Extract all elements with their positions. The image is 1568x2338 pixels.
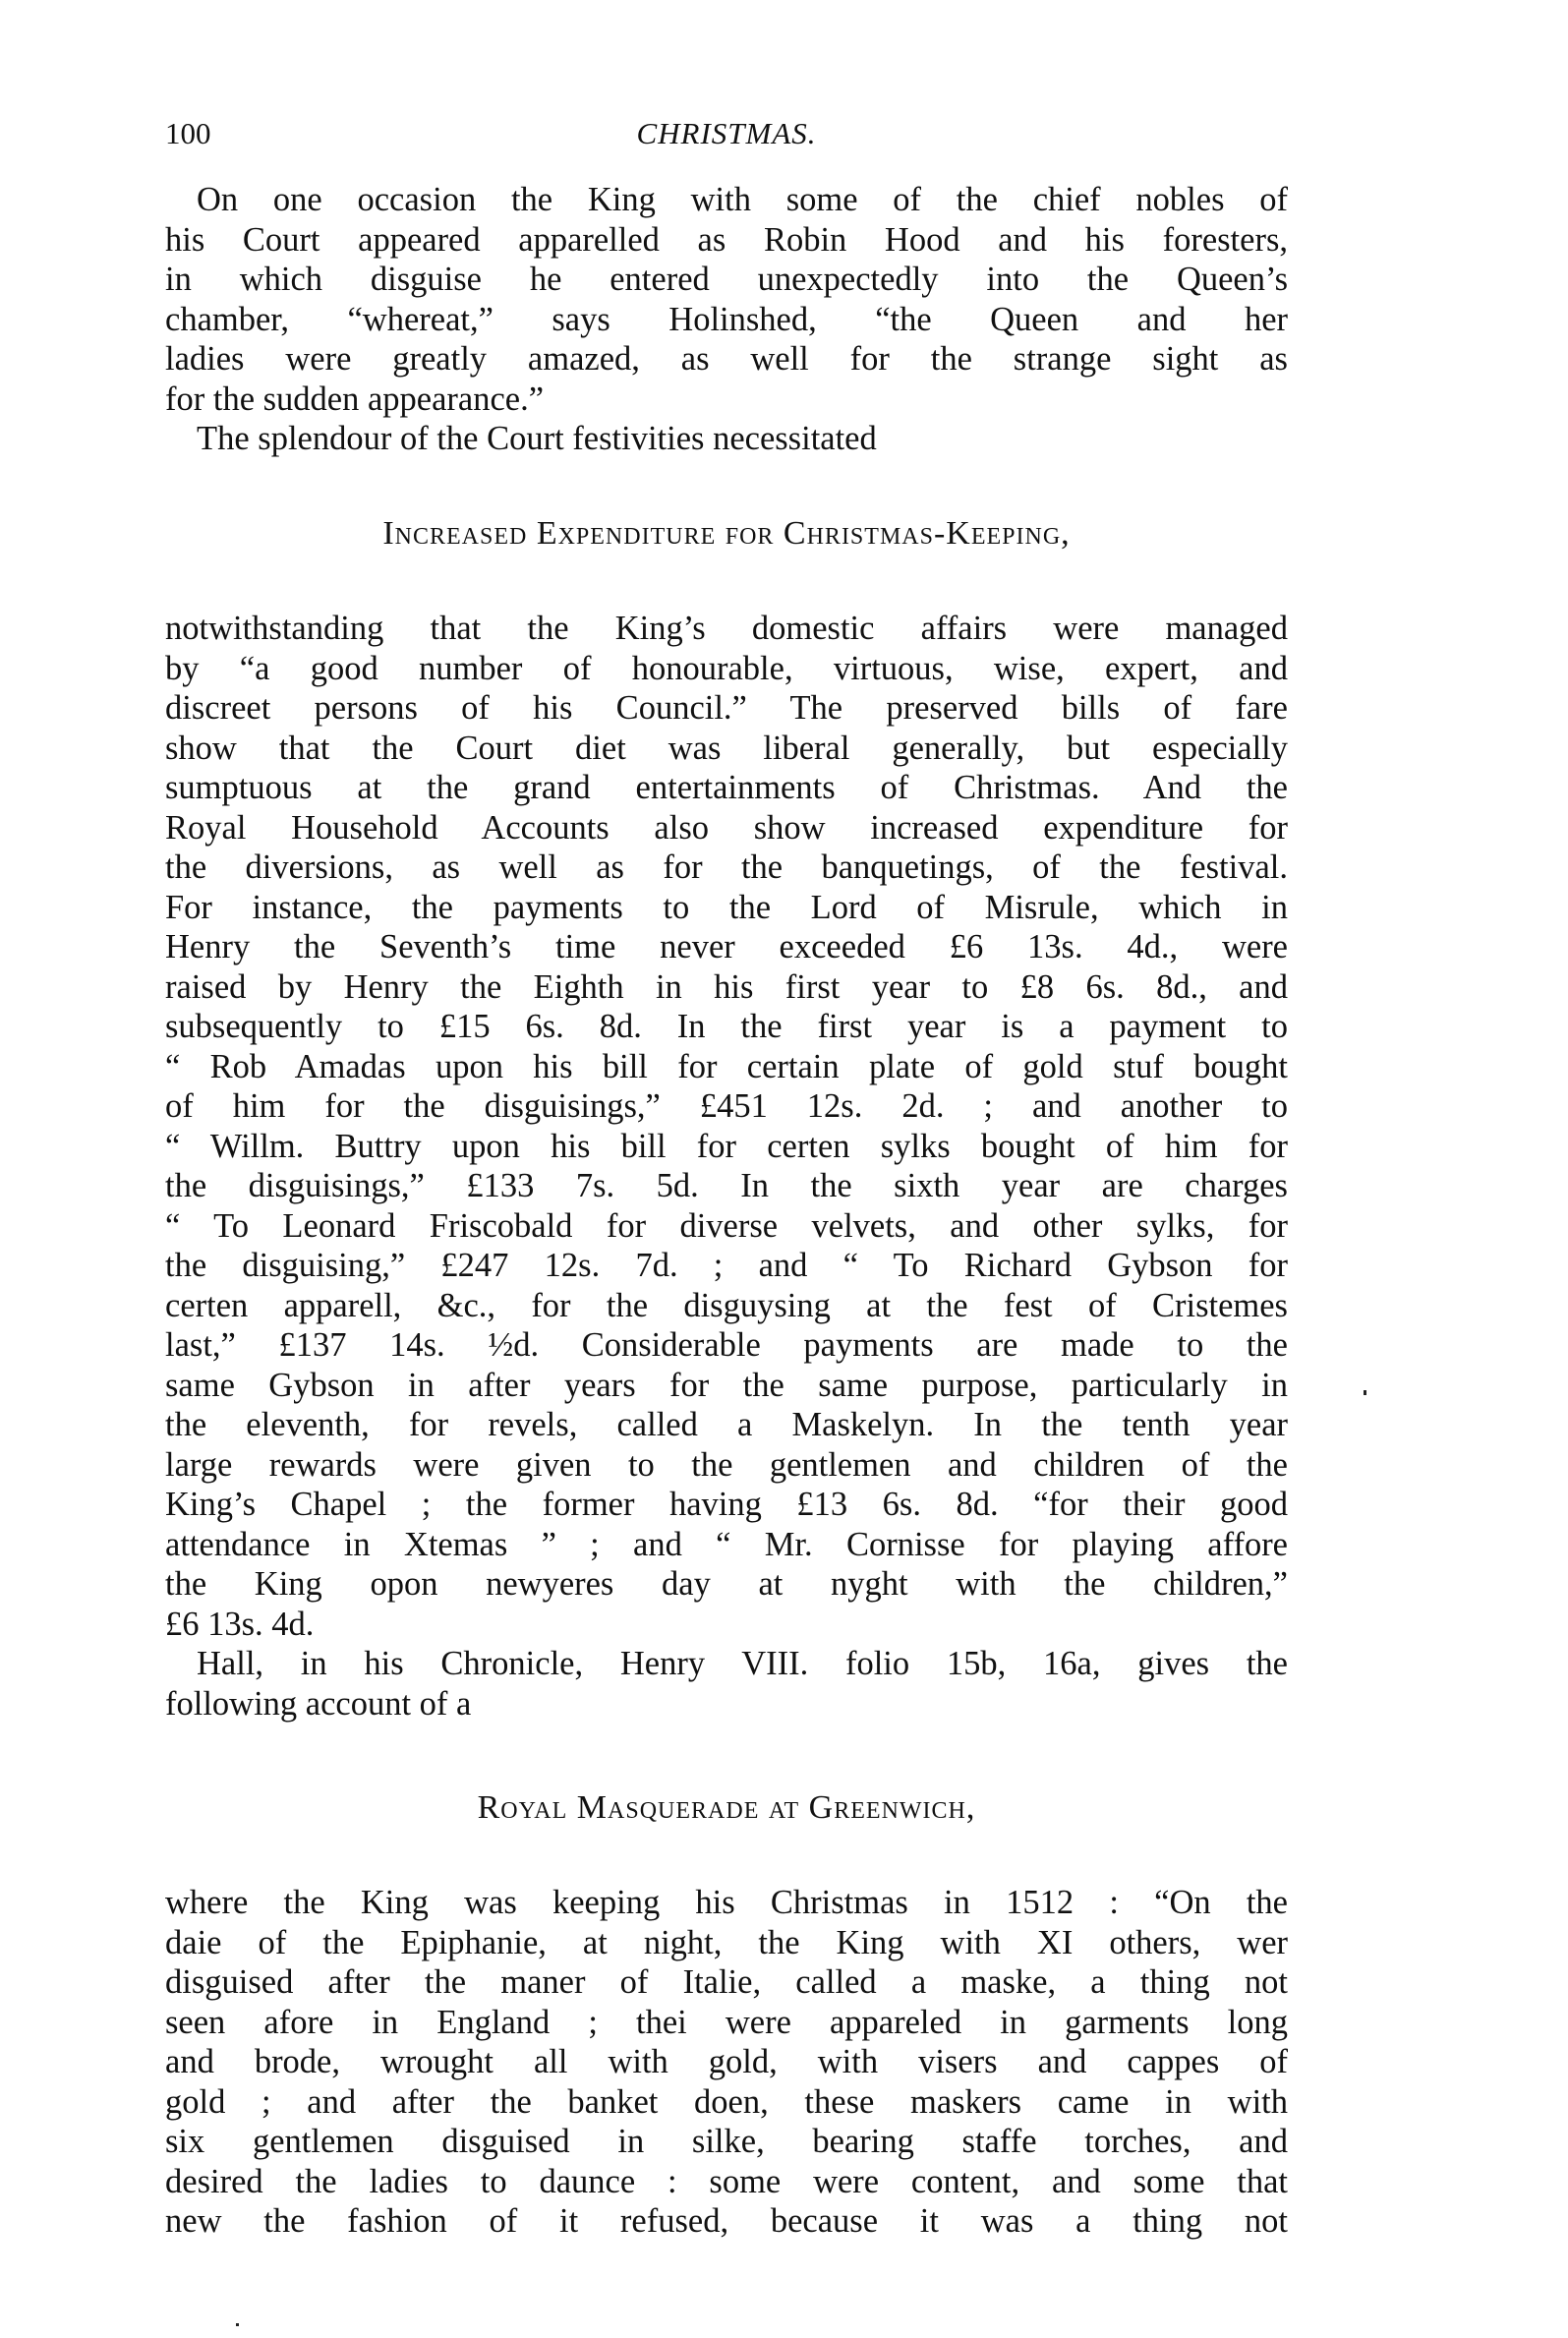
text-line: the King opon newyeres day at nyght with… <box>165 1564 1288 1605</box>
text-line: raised by Henry the Eighth in his first … <box>165 967 1288 1008</box>
text-line: last,” £137 14s. ½d. Considerable paymen… <box>165 1325 1288 1366</box>
text-line: Royal Household Accounts also show incre… <box>165 808 1288 848</box>
text-line: by “a good number of honourable, virtuou… <box>165 649 1288 689</box>
scan-speck <box>236 2323 239 2326</box>
text-line: Hall, in his Chronicle, Henry VIII. foli… <box>165 1644 1288 1684</box>
text-line: certen apparell, &c., for the disguysing… <box>165 1286 1288 1326</box>
text-line: disguised after the maner of Italie, cal… <box>165 1962 1288 2003</box>
running-title: CHRISTMAS. <box>165 116 1288 151</box>
text-line: notwithstanding that the King’s domestic… <box>165 609 1288 649</box>
text-line: and brode, wrought all with gold, with v… <box>165 2042 1288 2082</box>
text-line: The splendour of the Court festivities n… <box>165 419 1288 459</box>
text-line: where the King was keeping his Christmas… <box>165 1883 1288 1923</box>
text-line: chamber, “whereat,” says Holinshed, “the… <box>165 300 1288 340</box>
text-line: “ Rob Amadas upon his bill for certain p… <box>165 1047 1288 1087</box>
paragraph-expenditure: notwithstanding that the King’s domestic… <box>165 609 1288 1644</box>
text-line: of him for the disguisings,” £451 12s. 2… <box>165 1086 1288 1127</box>
text-line: Henry the Seventh’s time never exceeded … <box>165 927 1288 967</box>
section-heading-expenditure: Increased Expenditure for Christmas-Keep… <box>165 515 1288 553</box>
text-line: For instance, the payments to the Lord o… <box>165 888 1288 928</box>
scan-speck <box>1364 1390 1366 1395</box>
text-line: discreet persons of his Council.” The pr… <box>165 688 1288 729</box>
text-line: attendance in Xtemas ” ; and “ Mr. Corni… <box>165 1525 1288 1565</box>
text-line: On one occasion the King with some of th… <box>165 180 1288 220</box>
section-heading-masquerade: Royal Masquerade at Greenwich, <box>165 1789 1288 1827</box>
paragraph-hall-chronicle: Hall, in his Chronicle, Henry VIII. foli… <box>165 1644 1288 1724</box>
text-line: following account of a <box>165 1684 1288 1724</box>
text-line: seen afore in England ; thei were appare… <box>165 2003 1288 2043</box>
text-line: new the fashion of it refused, because i… <box>165 2201 1288 2242</box>
text-line: ladies were greatly amazed, as well for … <box>165 339 1288 380</box>
text-line: the disguisings,” £133 7s. 5d. In the si… <box>165 1166 1288 1206</box>
text-line: large rewards were given to the gentleme… <box>165 1445 1288 1486</box>
text-line: in which disguise he entered unexpectedl… <box>165 260 1288 300</box>
text-line: six gentlemen disguised in silke, bearin… <box>165 2122 1288 2162</box>
text-line: desired the ladies to daunce : some were… <box>165 2162 1288 2202</box>
text-line: “ To Leonard Friscobald for diverse velv… <box>165 1206 1288 1247</box>
paragraph-robin-hood: On one occasion the King with some of th… <box>165 180 1288 419</box>
text-line: gold ; and after the banket doen, these … <box>165 2082 1288 2123</box>
text-line: same Gybson in after years for the same … <box>165 1366 1288 1406</box>
text-line: daie of the Epiphanie, at night, the Kin… <box>165 1923 1288 1963</box>
running-head: 100 CHRISTMAS. <box>165 116 1288 155</box>
text-line: for the sudden appearance.” <box>165 380 1288 420</box>
text-line: the disguising,” £247 12s. 7d. ; and “ T… <box>165 1246 1288 1286</box>
text-line: the diversions, as well as for the banqu… <box>165 848 1288 888</box>
text-line: his Court appeared apparelled as Robin H… <box>165 220 1288 261</box>
text-line: “ Willm. Buttry upon his bill for certen… <box>165 1127 1288 1167</box>
paragraph-masquerade: where the King was keeping his Christmas… <box>165 1883 1288 2242</box>
text-line: £6 13s. 4d. <box>165 1605 1288 1645</box>
text-line: sumptuous at the grand entertainments of… <box>165 768 1288 808</box>
text-line: the eleventh, for revels, called a Maske… <box>165 1405 1288 1445</box>
paragraph-splendour: The splendour of the Court festivities n… <box>165 419 1288 459</box>
text-line: subsequently to £15 6s. 8d. In the first… <box>165 1007 1288 1047</box>
text-line: show that the Court diet was liberal gen… <box>165 729 1288 769</box>
text-line: King’s Chapel ; the former having £13 6s… <box>165 1485 1288 1525</box>
